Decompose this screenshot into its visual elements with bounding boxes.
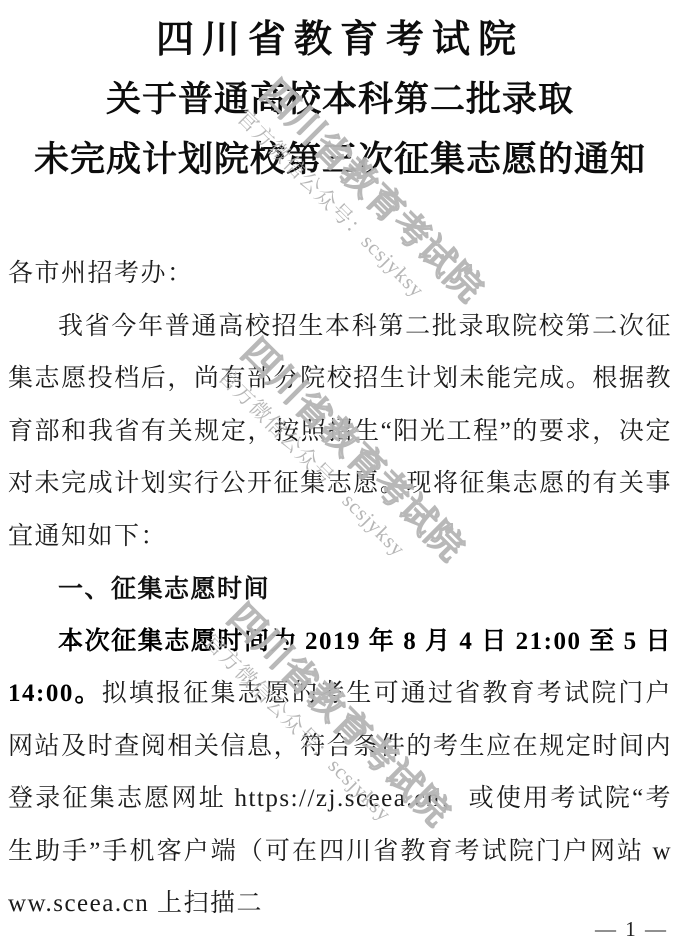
document-page: 四川省教育考试院 关于普通高校本科第二批录取 未完成计划院校第三次征集志愿的通知… xyxy=(0,0,680,947)
title-line-3: 未完成计划院校第三次征集志愿的通知 xyxy=(0,130,680,190)
paragraph-2: 本次征集志愿时间为 2019 年 8 月 4 日 21:00 至 5 日 14:… xyxy=(8,616,672,931)
salutation: 各市州招考办： xyxy=(8,248,672,301)
title-line-2: 关于普通高校本科第二批录取 xyxy=(0,70,680,130)
paragraph-2-rest: 拟填报征集志愿的考生可通过省教育考试院门户网站及时查阅相关信息，符合条件的考生应… xyxy=(8,680,672,917)
document-title-block: 四川省教育考试院 关于普通高校本科第二批录取 未完成计划院校第三次征集志愿的通知 xyxy=(0,0,680,190)
page-number: — 1 — xyxy=(595,917,668,942)
document-body: 各市州招考办： 我省今年普通高校招生本科第二批录取院校第二次征集志愿投档后，尚有… xyxy=(8,248,672,931)
title-line-1: 四川省教育考试院 xyxy=(0,10,680,70)
paragraph-1: 我省今年普通高校招生本科第二批录取院校第二次征集志愿投档后，尚有部分院校招生计划… xyxy=(8,301,672,564)
section-1-heading: 一、征集志愿时间 xyxy=(8,563,672,616)
